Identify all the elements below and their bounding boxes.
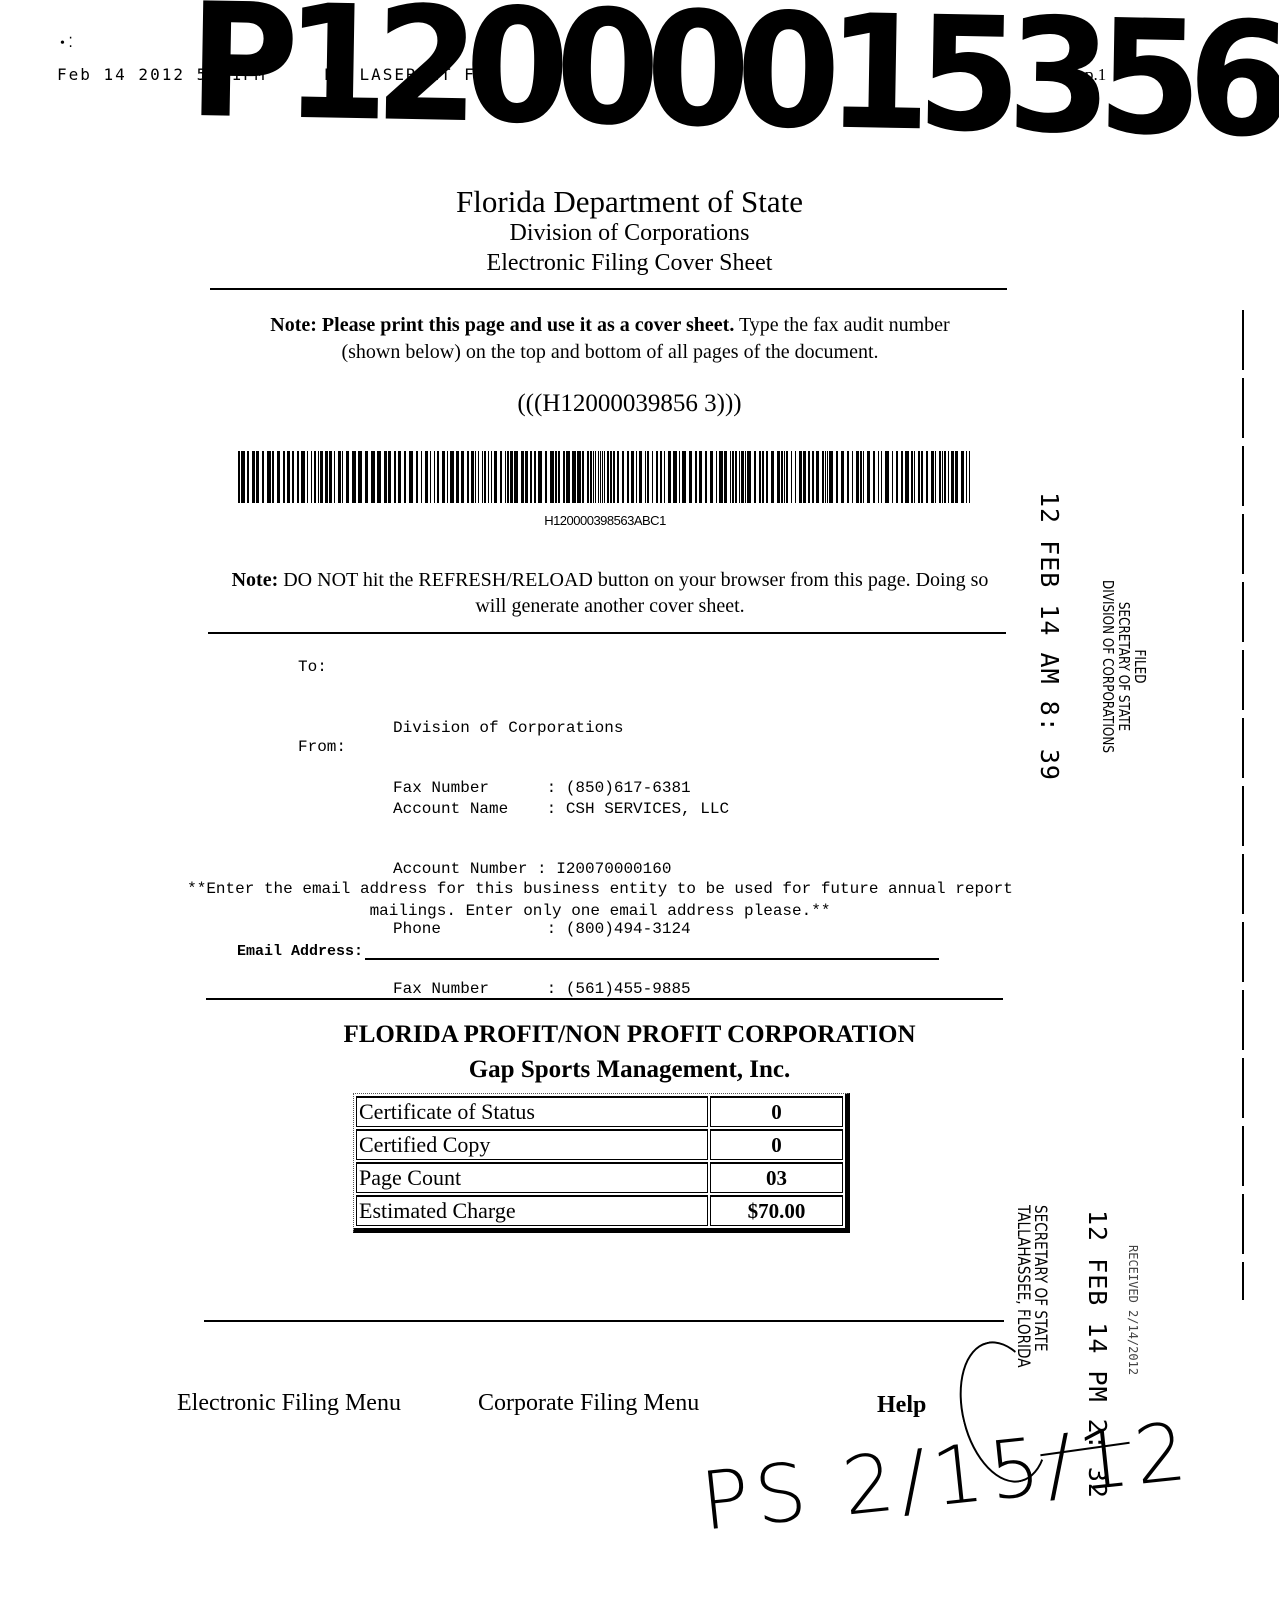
- table-row: Page Count 03: [356, 1162, 843, 1193]
- fee-label: Page Count: [356, 1162, 708, 1193]
- fee-label: Certificate of Status: [356, 1096, 708, 1127]
- email-field[interactable]: [365, 940, 939, 960]
- table-row: Estimated Charge $70.00: [356, 1195, 843, 1226]
- handwritten-document-number: P12000015356: [187, 0, 1279, 173]
- page-edge-line: [1242, 310, 1244, 1300]
- refresh-warning-rest: DO NOT hit the REFRESH/RELOAD button on …: [278, 569, 988, 617]
- fee-value: 0: [710, 1129, 843, 1160]
- fee-label: Estimated Charge: [356, 1195, 708, 1226]
- entity-name: Gap Sports Management, Inc.: [0, 1056, 1269, 1084]
- stamp-line: SECRETARY OF STATE: [1116, 580, 1132, 753]
- table-row: Certified Copy 0: [356, 1129, 843, 1160]
- to-label: To:: [298, 658, 327, 676]
- handwritten-initials: PS 2/15/12: [696, 1404, 1196, 1548]
- divider: [206, 998, 1003, 1000]
- filed-stamp-date: 12 FEB 14 AM 8: 39: [1035, 492, 1064, 781]
- table-row: Certificate of Status 0: [356, 1096, 843, 1127]
- from-label: From:: [298, 738, 346, 756]
- stamp-line: SECRETARY OF STATE: [1031, 1205, 1048, 1368]
- stamp-line: TALLAHASSEE, FLORIDA: [1014, 1205, 1031, 1368]
- email-instructions: **Enter the email address for this busin…: [170, 878, 1030, 922]
- received-stamp-text: SECRETARY OF STATE TALLAHASSEE, FLORIDA: [1014, 1205, 1048, 1368]
- electronic-filing-menu-link[interactable]: Electronic Filing Menu: [177, 1390, 401, 1417]
- email-row: Email Address:: [237, 940, 939, 960]
- divider: [208, 632, 1006, 634]
- divider: [204, 1320, 1004, 1322]
- page-title: Florida Department of State: [0, 184, 1269, 220]
- fee-label: Certified Copy: [356, 1129, 708, 1160]
- filed-stamp-text: FILED SECRETARY OF STATE DIVISION OF COR…: [1100, 580, 1148, 753]
- fee-value: 03: [710, 1162, 843, 1193]
- scan-specks: • ⁚: [60, 35, 73, 52]
- stamp-line: DIVISION OF CORPORATIONS: [1100, 580, 1116, 753]
- print-instructions: Note: Please print this page and use it …: [240, 312, 980, 366]
- help-link[interactable]: Help: [877, 1392, 926, 1419]
- fee-value: 0: [710, 1096, 843, 1127]
- refresh-warning: Note: DO NOT hit the REFRESH/RELOAD butt…: [225, 567, 995, 619]
- page-subtitle: Electronic Filing Cover Sheet: [0, 250, 1269, 277]
- from-line: Fax Number : (561)455-9885: [393, 979, 729, 999]
- email-label: Email Address:: [237, 943, 363, 960]
- from-line: Account Number : I20070000160: [393, 859, 729, 879]
- barcode-text: H120000398563ABC1: [238, 513, 972, 528]
- faint-stamp: RECEIVED 2/14/2012: [1126, 1245, 1140, 1375]
- barcode-icon: [238, 451, 972, 503]
- stamp-line: FILED: [1132, 580, 1148, 753]
- from-line: Phone : (800)494-3124: [393, 919, 729, 939]
- fee-value: $70.00: [710, 1195, 843, 1226]
- from-line: Account Name : CSH SERVICES, LLC: [393, 799, 729, 819]
- fax-audit-number: (((H12000039856 3))): [0, 390, 1269, 418]
- refresh-warning-bold: Note:: [232, 569, 279, 591]
- division-name: Division of Corporations: [0, 220, 1269, 247]
- fee-table: Certificate of Status 0 Certified Copy 0…: [353, 1093, 850, 1233]
- filing-type: FLORIDA PROFIT/NON PROFIT CORPORATION: [0, 1021, 1269, 1049]
- corporate-filing-menu-link[interactable]: Corporate Filing Menu: [478, 1390, 699, 1417]
- to-line: Division of Corporations: [393, 718, 691, 738]
- print-instructions-bold: Note: Please print this page and use it …: [270, 314, 734, 336]
- divider: [210, 288, 1007, 290]
